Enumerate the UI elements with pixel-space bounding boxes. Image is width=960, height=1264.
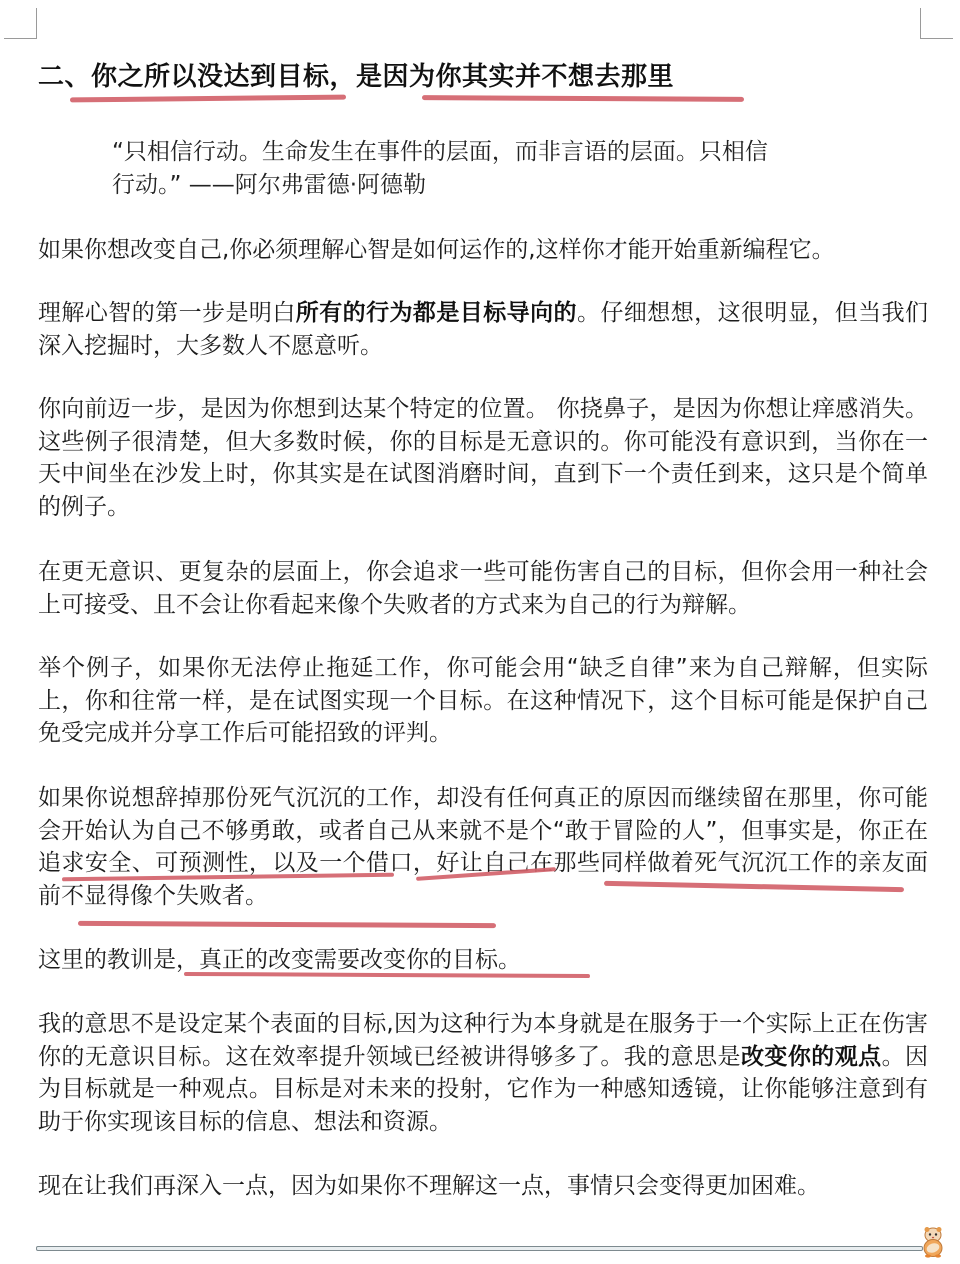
quote-line-1: “只相信行动。生命发生在事件的层面，而非言语的层面。只相信	[112, 136, 872, 169]
paragraph-2-pre: 理解心智的第一步是明白	[38, 300, 296, 326]
paragraph-7: 这里的教训是，真正的改变需要改变你的目标。	[38, 944, 928, 977]
page-corner-mark-top-left	[4, 8, 37, 39]
section-title: 二、你之所以没达到目标，是因为你其实并不想去那里	[38, 56, 674, 93]
p7-underline	[184, 972, 590, 978]
quote-line-2: 行动。” ——阿尔弗雷德·阿德勒	[112, 169, 872, 202]
page-corner-mark-top-right	[920, 8, 953, 39]
paragraph-2-bold: 所有的行为都是目标导向的	[296, 300, 577, 326]
epigraph-quote: “只相信行动。生命发生在事件的层面，而非言语的层面。只相信 行动。” ——阿尔弗…	[112, 136, 872, 202]
paragraph-9: 现在让我们再深入一点，因为如果你不理解这一点，事情只会变得更加困难。	[38, 1170, 928, 1203]
paragraph-1: 如果你想改变自己,你必须理解心智是如何运作的,这样你才能开始重新编程它。	[38, 234, 928, 267]
hamster-mascot-icon	[920, 1226, 946, 1258]
page-bottom-divider	[36, 1246, 923, 1251]
p6-underline-4	[78, 921, 496, 928]
title-underline-1	[70, 95, 346, 103]
paragraph-4: 在更无意识、更复杂的层面上，你会追求一些可能伤害自己的目标，但你会用一种社会上可…	[38, 556, 928, 621]
paragraph-5: 举个例子，如果你无法停止拖延工作，你可能会用“缺乏自律”来为自己辩解，但实际上，…	[38, 652, 928, 750]
title-underline-2	[422, 95, 744, 102]
paragraph-2: 理解心智的第一步是明白所有的行为都是目标导向的。仔细想想，这很明显，但当我们深入…	[38, 297, 928, 362]
paragraph-3: 你向前迈一步，是因为你想到达某个特定的位置。 你挠鼻子，是因为你想让痒感消失。 …	[38, 393, 928, 523]
paragraph-8: 我的意思不是设定某个表面的目标,因为这种行为本身就是在服务于一个实际上正在伤害你…	[38, 1008, 928, 1138]
paragraph-8-bold: 改变你的观点	[741, 1044, 882, 1070]
paragraph-6: 如果你说想辞掉那份死气沉沉的工作，却没有任何真正的原因而继续留在那里，你可能会开…	[38, 782, 928, 912]
